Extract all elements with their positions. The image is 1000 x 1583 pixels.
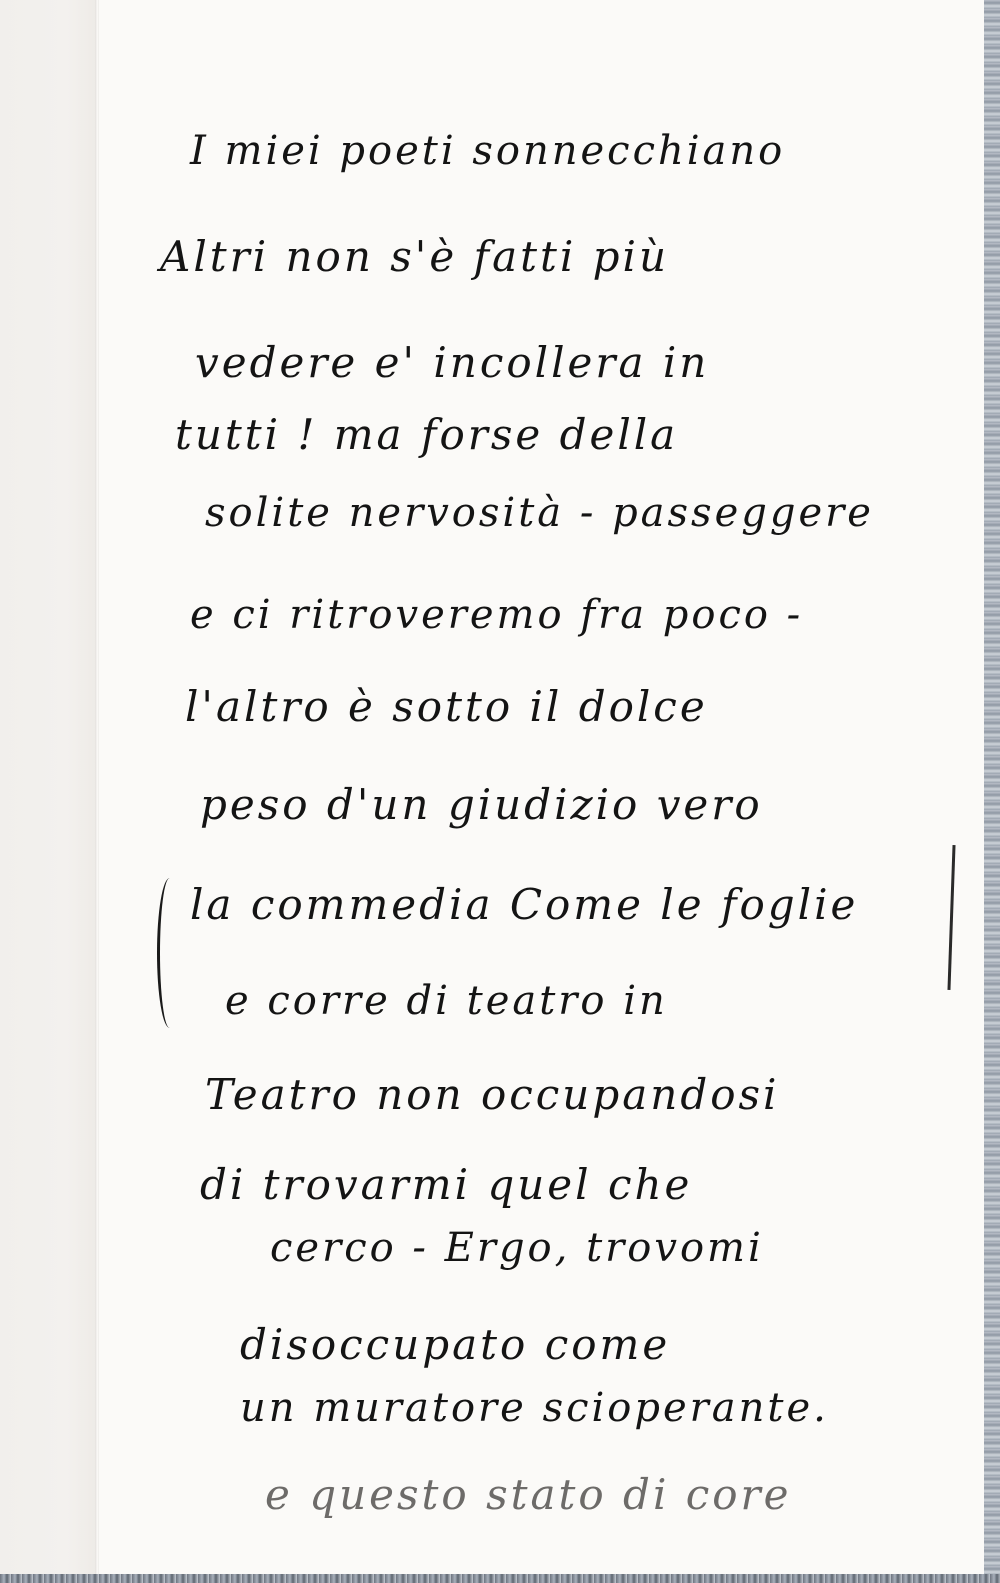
- letter-line-14: disoccupato come: [240, 1320, 670, 1369]
- letter-scan: I miei poeti sonnecchiano Altri non s'è …: [0, 0, 1000, 1583]
- letter-line-2: Altri non s'è fatti più: [160, 232, 669, 281]
- letter-line-7: l'altro è sotto il dolce: [185, 682, 708, 731]
- letter-line-9: la commedia Come le foglie: [190, 880, 858, 929]
- handwritten-text: I miei poeti sonnecchiano Altri non s'è …: [0, 0, 1000, 1583]
- letter-line-4: tutti ! ma forse della: [175, 410, 678, 459]
- letter-line-15: un muratore scioperante.: [240, 1385, 829, 1431]
- letter-line-11: Teatro non occupandosi: [205, 1070, 780, 1119]
- letter-line-16: e questo stato di core: [265, 1470, 791, 1519]
- letter-line-6: e ci ritroveremo fra poco -: [190, 592, 803, 638]
- letter-line-8: peso d'un giudizio vero: [200, 780, 763, 829]
- letter-line-10: e corre di teatro in: [225, 978, 668, 1024]
- letter-line-5: solite nervosità - passeggere: [205, 490, 874, 536]
- open-parenthesis-mark: [157, 878, 178, 1028]
- letter-line-12: di trovarmi quel che: [200, 1160, 692, 1209]
- close-parenthesis-mark: [947, 845, 955, 990]
- letter-line-13: cerco - Ergo, trovomi: [270, 1225, 764, 1271]
- letter-line-1: I miei poeti sonnecchiano: [190, 128, 785, 174]
- letter-line-3: vedere e' incollera in: [195, 338, 709, 387]
